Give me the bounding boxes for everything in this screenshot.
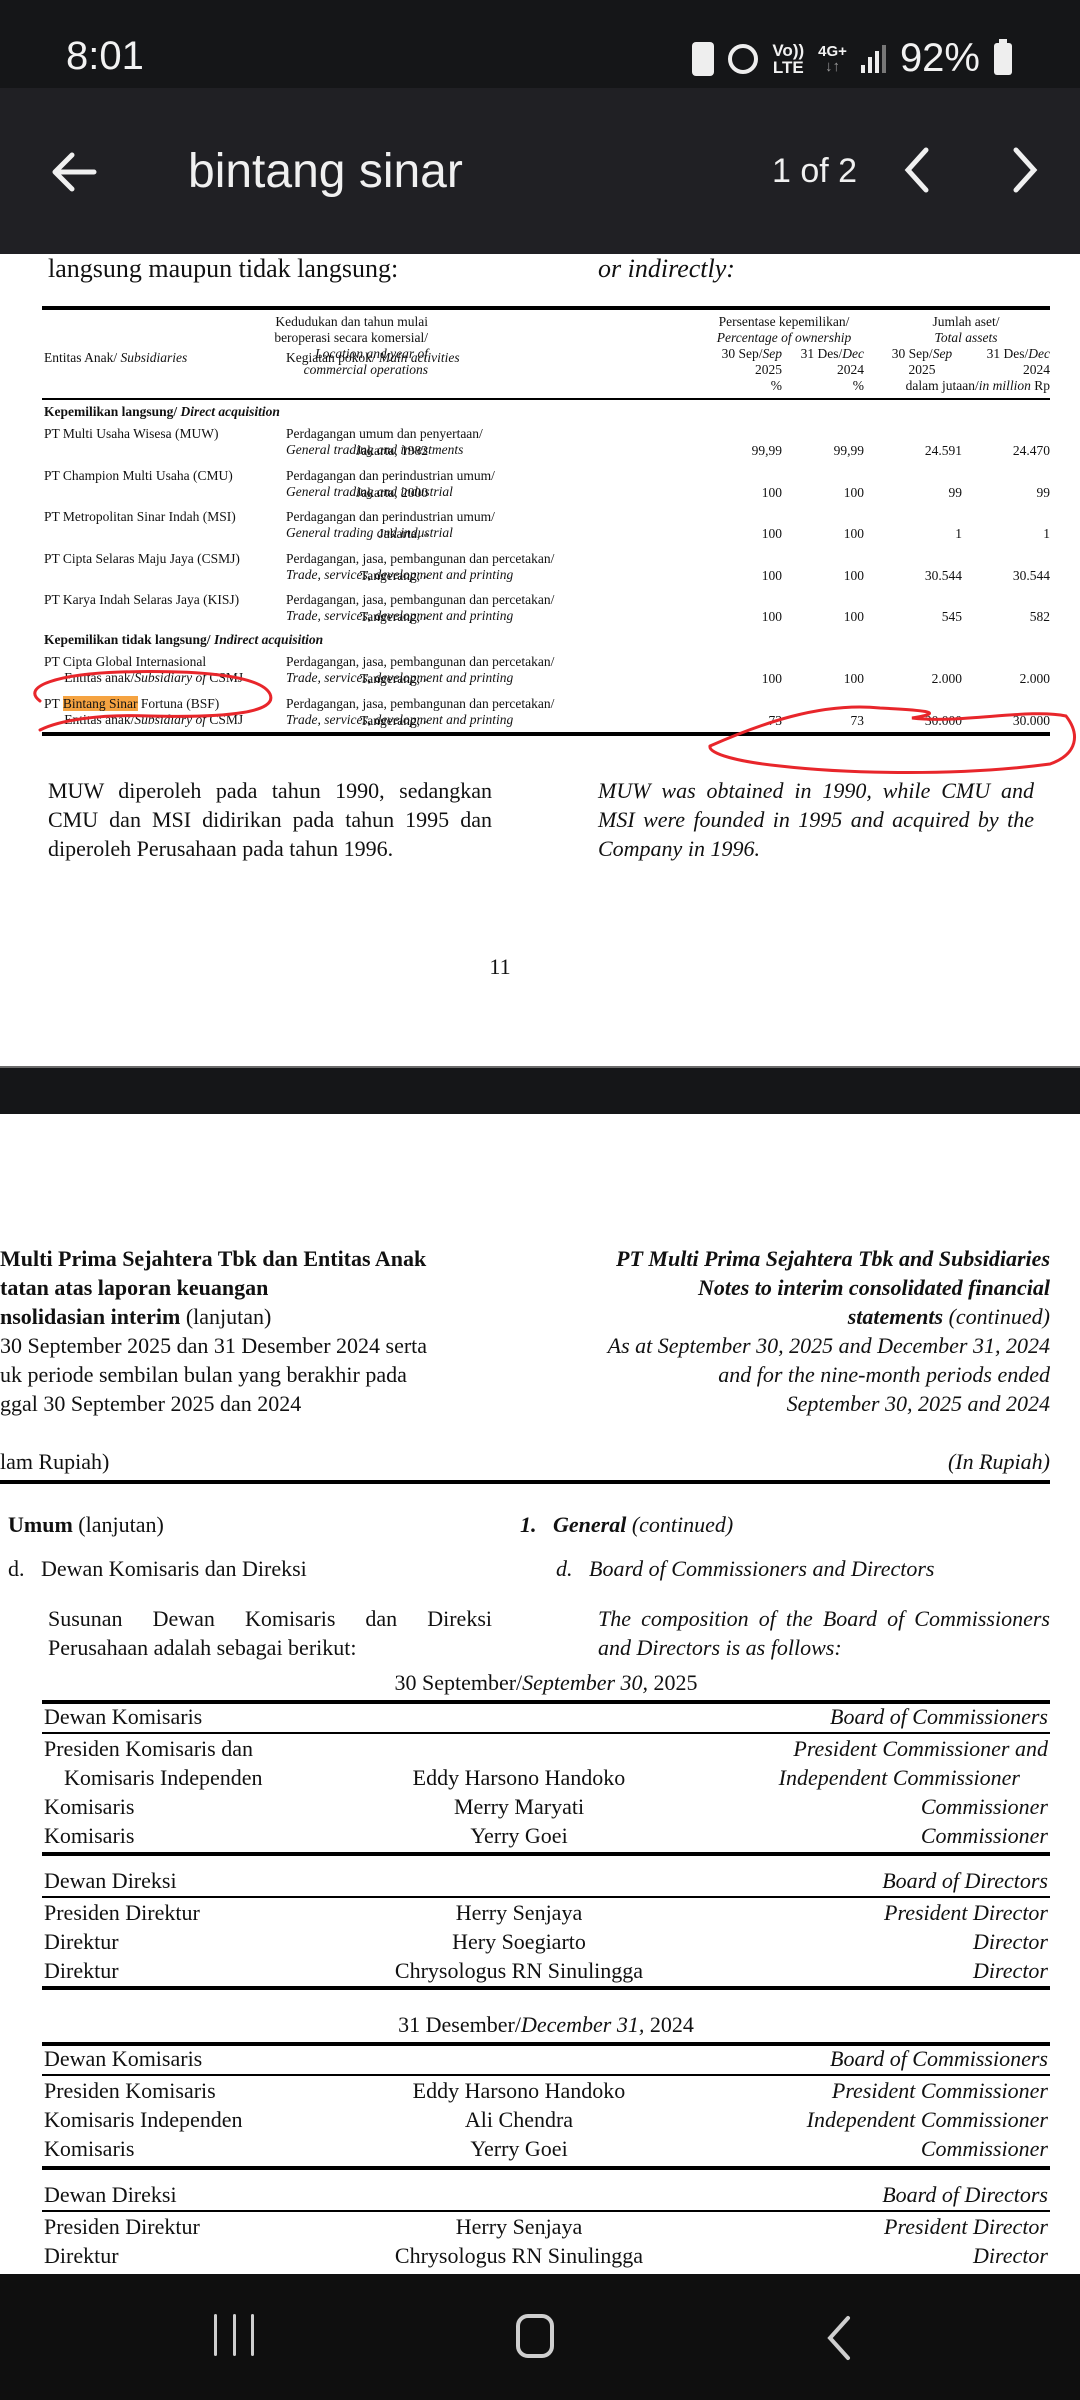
role-en: President Director — [884, 2212, 1048, 2241]
hdr-l-1: Multi Prima Sejahtera Tbk dan Entitas An… — [0, 1246, 426, 1271]
row-entity: PT Multi Usaha Wisesa (MUW) — [44, 426, 218, 442]
hdr-r-4: As at September 30, 2025 and December 31… — [608, 1331, 1050, 1360]
h-pct: % — [702, 378, 782, 394]
row-assets-2024: 582 — [970, 609, 1050, 625]
row-assets-2025: 30.544 — [882, 568, 962, 584]
row-location: Jakarta, 1982 — [356, 443, 428, 459]
volte-bottom: LTE — [773, 58, 804, 77]
subsec-r-text: Board of Commissioners and Directors — [589, 1556, 935, 1581]
table-row: PT Metropolitan Sinar Indah (MSI) Perdag… — [42, 509, 1050, 543]
board-date: 31 Desember/December 31, 2024 — [42, 2010, 1050, 2039]
role-id: Komisaris Independen — [44, 2105, 243, 2134]
person-name: Chrysologus RN Sinulingga — [354, 2241, 684, 2270]
h-sep-en-2: Sep — [933, 346, 953, 361]
role-id: Direktur — [44, 1927, 119, 1956]
status-bar: 8:01 Vo))LTE 4G+↓↑ 92% — [0, 0, 1080, 88]
role-en: Commissioner — [921, 1821, 1048, 1850]
subsec-l-letter: d. — [8, 1556, 25, 1581]
hdr-l-2: tatan atas laporan keuangan — [0, 1275, 268, 1300]
system-navigation-bar — [0, 2274, 1080, 2400]
row-location: Tangerang, - — [360, 671, 428, 687]
row-location: Tangerang, - — [360, 609, 428, 625]
group-direct-id: Kepemilikan langsung/ — [44, 404, 181, 419]
group-id: Dewan Direksi — [44, 1866, 177, 1895]
row-entity: PT Cipta Selaras Maju Jaya (CSMJ) — [44, 551, 240, 567]
row-own-2024: 73 — [784, 713, 864, 729]
role-en: Independent Commissioner — [807, 2105, 1048, 2134]
person-name: Eddy Harsono Handoko — [354, 1763, 684, 1792]
board-row: KomisarisMerry MaryatiCommissioner — [44, 1792, 1048, 1821]
role-en: Director — [973, 2241, 1048, 2270]
role-id: Direktur — [44, 2241, 119, 2270]
intro-text-left: langsung maupun tidak langsung: — [48, 254, 398, 284]
role-en: Commissioner — [921, 2134, 1048, 2163]
page-header-right: PT Multi Prima Sejahtera Tbk and Subsidi… — [608, 1244, 1050, 1476]
hdr-r-2: Notes to interim consolidated financial — [698, 1275, 1050, 1300]
row-assets-2024: 30.000 — [970, 713, 1050, 729]
find-in-page-bar: bintang sinar 1 of 2 — [0, 88, 1080, 254]
sec-l-rest: (lanjutan) — [73, 1512, 164, 1537]
role-id: Direktur — [44, 1956, 119, 1985]
role-id: Komisaris Independen — [64, 1763, 263, 1792]
h-dec-id: 31 Des/ — [801, 346, 843, 361]
table-row: PT Cipta Selaras Maju Jaya (CSMJ) Perdag… — [42, 551, 1050, 585]
role-en: Director — [973, 1927, 1048, 1956]
board-row: DirekturHery SoegiartoDirector — [44, 1927, 1048, 1956]
group-id: Dewan Komisaris — [44, 2044, 202, 2073]
row-own-2024: 100 — [784, 526, 864, 542]
row-sub-id: Entitas anak/ — [64, 712, 134, 727]
back-icon[interactable] — [818, 2314, 858, 2362]
sec-r-num: 1. — [520, 1512, 537, 1537]
arrow-left-icon[interactable] — [44, 142, 104, 202]
section-title-id: Umum (lanjutan) — [8, 1512, 164, 1538]
row-sub-code: CSMJ — [206, 670, 243, 685]
network-arrows: ↓↑ — [825, 58, 840, 75]
header-bottom-rule — [42, 398, 1050, 400]
row-location: Jakarta, 2000 — [356, 485, 428, 501]
group-direct-title: Kepemilikan langsung/ Direct acquisition — [44, 404, 280, 420]
board-row: Presiden DirekturHerry SenjayaPresident … — [44, 2212, 1048, 2241]
header-rule — [0, 1480, 1050, 1484]
row-assets-2025: 24.591 — [882, 443, 962, 459]
table-row: PT Champion Multi Usaha (CMU) Perdaganga… — [42, 468, 1050, 502]
row-entity: PT Karya Indah Selaras Jaya (KISJ) — [44, 592, 239, 608]
person-name: Herry Senjaya — [354, 2212, 684, 2241]
hdr-l-4: 30 September 2025 dan 31 Desember 2024 s… — [0, 1331, 427, 1360]
row-assets-2024: 30.544 — [970, 568, 1050, 584]
date-en: December 31, — [521, 2012, 644, 2037]
role-id: Komisaris — [44, 2134, 134, 2163]
hdr-l-6: ggal 30 September 2025 dan 2024 — [0, 1389, 427, 1418]
h-year-2024: 2024 — [784, 362, 864, 378]
row-assets-2024: 2.000 — [970, 671, 1050, 687]
subsec-r-letter: d. — [556, 1556, 573, 1581]
table-row: PT Karya Indah Selaras Jaya (KISJ) Perda… — [42, 592, 1050, 626]
volte-icon: Vo))LTE — [772, 42, 804, 76]
status-time: 8:01 — [66, 34, 144, 79]
table-top-rule — [42, 306, 1050, 310]
h-year-2025: 2025 — [702, 362, 782, 378]
search-match-highlight: Bintang Sinar — [63, 696, 138, 711]
battery-saver-icon — [692, 42, 714, 76]
role-en: President Commissioner and — [793, 1734, 1048, 1763]
h-year-2025-2: 2025 — [882, 362, 962, 378]
role-id: Presiden Direktur — [44, 2212, 200, 2241]
header-assets: Jumlah aset/ Total assets — [882, 314, 1050, 346]
date-year: 2024 — [644, 2012, 694, 2037]
header-ownership-l2: Percentage of ownership — [704, 330, 864, 346]
table-bottom-rule — [42, 732, 1050, 736]
board-row: Presiden KomisarisEddy Harsono HandokoPr… — [44, 2076, 1048, 2105]
h-sep-id-2: 30 Sep/ — [892, 346, 933, 361]
row-assets-2024: 1 — [970, 526, 1050, 542]
row-entity: PT Cipta Global Internasional Entitas an… — [44, 654, 243, 686]
row-own-2025: 100 — [702, 526, 782, 542]
row-own-2025: 100 — [702, 485, 782, 501]
paragraph-acquisition-id: MUW diperoleh pada tahun 1990, sedangkan… — [48, 776, 492, 863]
header-assets-2024: 31 Des/Dec 2024 — [970, 346, 1050, 378]
role-en: President Director — [884, 1898, 1048, 1927]
board-table-2025: 30 September/September 30, 2025 Dewan Ko… — [42, 1668, 1050, 1968]
row-own-2025: 99,99 — [702, 443, 782, 459]
h-pct-2: % — [784, 378, 864, 394]
group-id: Dewan Komisaris — [44, 1702, 202, 1731]
network-4g-plus-icon: 4G+↓↑ — [818, 44, 847, 74]
intro-text-right: or indirectly: — [598, 254, 735, 284]
board-row: KomisarisYerry GoeiCommissioner — [44, 1821, 1048, 1850]
board-directors-header: Dewan DireksiBoard of Directors — [44, 1866, 1048, 1895]
page-header-left: Multi Prima Sejahtera Tbk dan Entitas An… — [0, 1244, 427, 1476]
sec-r-rest: (continued) — [626, 1512, 733, 1537]
row-entity-prefix: PT — [44, 696, 63, 711]
row-activity-id: Perdagangan umum dan penyertaan/ — [286, 426, 483, 441]
group-en: Board of Commissioners — [830, 2044, 1048, 2073]
h-unit-id: dalam jutaan/ — [906, 378, 979, 393]
row-entity: PT Champion Multi Usaha (CMU) — [44, 468, 233, 484]
recents-icon[interactable] — [214, 2314, 254, 2362]
person-name: Eddy Harsono Handoko — [354, 2076, 684, 2105]
header-assets-2025: 30 Sep/Sep 2025 — [882, 346, 962, 378]
role-en: President Commissioner — [832, 2076, 1048, 2105]
sec-l-bold: Umum — [8, 1512, 73, 1537]
table-row-highlighted: PT Bintang Sinar Fortuna (BSF) Entitas a… — [42, 696, 1050, 730]
row-activity-id: Perdagangan dan perindustrian umum/ — [286, 468, 495, 483]
group-indirect-id: Kepemilikan tidak langsung/ — [44, 632, 214, 647]
pdf-document-view[interactable]: langsung maupun tidak langsung: or indir… — [0, 254, 1080, 2274]
board-date: 30 September/September 30, 2025 — [42, 1668, 1050, 1697]
hdr-l-5: uk periode sembilan bulan yang berakhir … — [0, 1360, 427, 1389]
header-entity-id: Entitas Anak/ — [44, 350, 121, 365]
row-entity: PT Metropolitan Sinar Indah (MSI) — [44, 509, 236, 525]
header-location-l4: commercial operations — [274, 362, 428, 378]
h-dec-en: Dec — [842, 346, 864, 361]
role-id: Presiden Komisaris dan — [44, 1734, 253, 1763]
rule — [42, 1986, 1050, 1990]
row-entity-name: PT Cipta Global Internasional — [44, 654, 206, 669]
subsection-title-en: d. Board of Commissioners and Directors — [556, 1556, 935, 1582]
board-row: DirekturChrysologus RN SinulinggaDirecto… — [44, 2241, 1048, 2270]
row-sub-en: Subsidiary of — [134, 670, 206, 685]
match-count: 1 of 2 — [772, 152, 857, 191]
role-en: Director — [973, 1956, 1048, 1985]
role-id: Komisaris — [44, 1821, 134, 1850]
row-assets-2025: 545 — [882, 609, 962, 625]
row-activity-id: Perdagangan dan perindustrian umum/ — [286, 509, 495, 524]
composition-text-en: The composition of the Board of Commissi… — [598, 1604, 1050, 1662]
battery-percent: 92% — [900, 36, 980, 81]
row-own-2024: 100 — [784, 609, 864, 625]
row-location: Tangerang, - — [360, 713, 428, 729]
section-title-en: 1. General (continued) — [520, 1512, 733, 1538]
group-en: Board of Commissioners — [830, 1702, 1048, 1731]
subsec-l-text: Dewan Komisaris dan Direksi — [41, 1556, 307, 1581]
row-own-2025: 73 — [702, 713, 782, 729]
header-location-l2: beroperasi secara komersial/ — [274, 330, 428, 346]
group-indirect-en: Indirect acquisition — [214, 632, 323, 647]
row-assets-2025: 2.000 — [882, 671, 962, 687]
rule — [42, 1852, 1050, 1856]
date-en: September 30, — [522, 1670, 648, 1695]
hdr-r-unit: (In Rupiah) — [608, 1447, 1050, 1476]
board-row: Komisaris IndependenAli ChendraIndepende… — [44, 2105, 1048, 2134]
h-sep-en: Sep — [763, 346, 783, 361]
hdr-l-unit: lam Rupiah) — [0, 1447, 427, 1476]
person-name: Yerry Goei — [354, 1821, 684, 1850]
board-table-2024: 31 Desember/December 31, 2024 Dewan Komi… — [42, 2010, 1050, 2274]
row-assets-2025: 1 — [882, 526, 962, 542]
header-own-2024: 31 Des/Dec 2024 % — [784, 346, 864, 394]
hdr-r-3b: statements — [848, 1304, 943, 1329]
header-assets-l1: Jumlah aset/ — [882, 314, 1050, 330]
row-entity: PT Bintang Sinar Fortuna (BSF) Entitas a… — [44, 696, 243, 728]
board-row: DirekturChrysologus RN SinulinggaDirecto… — [44, 1956, 1048, 1985]
row-activity-id: Perdagangan, jasa, pembangunan dan perce… — [286, 654, 554, 669]
hdr-l-3n: (lanjutan) — [180, 1304, 271, 1329]
h-sep-id: 30 Sep/ — [722, 346, 763, 361]
row-assets-2025: 99 — [882, 485, 962, 501]
board-row: Presiden Komisaris danPresident Commissi… — [44, 1734, 1048, 1763]
board-row: KomisarisYerry GoeiCommissioner — [44, 2134, 1048, 2163]
header-assets-unit: dalam jutaan/in million Rp — [882, 378, 1050, 394]
row-entity-suffix: Fortuna (BSF) — [138, 696, 220, 711]
paragraph-acquisition-en: MUW was obtained in 1990, while CMU and … — [598, 776, 1034, 863]
role-en: Independent Commissioner — [779, 1763, 1020, 1792]
group-direct-en: Direct acquisition — [181, 404, 280, 419]
chevron-left-icon[interactable] — [888, 138, 948, 202]
header-location: Kedudukan dan tahun mulai beroperasi sec… — [274, 314, 428, 378]
role-id: Presiden Komisaris — [44, 2076, 216, 2105]
group-indirect-title: Kepemilikan tidak langsung/ Indirect acq… — [44, 632, 323, 648]
sec-r-bold: General — [553, 1512, 626, 1537]
row-own-2025: 100 — [702, 671, 782, 687]
row-own-2024: 99,99 — [784, 443, 864, 459]
row-sub-id: Entitas anak/ — [64, 670, 134, 685]
group-en: Board of Directors — [882, 2180, 1048, 2209]
group-id: Dewan Direksi — [44, 2180, 177, 2209]
row-own-2024: 100 — [784, 485, 864, 501]
row-sub-en: Subsidiary of — [134, 712, 206, 727]
page-number: 11 — [0, 954, 1000, 980]
row-activity-id: Perdagangan, jasa, pembangunan dan perce… — [286, 696, 554, 711]
header-own-2025: 30 Sep/Sep 2025 % — [702, 346, 782, 394]
header-ownership-l1: Persentase kepemilikan/ — [704, 314, 864, 330]
subsection-title-id: d. Dewan Komisaris dan Direksi — [8, 1556, 307, 1582]
role-en: Commissioner — [921, 1792, 1048, 1821]
row-assets-2025: 30.000 — [882, 713, 962, 729]
row-location: Tangerang, - — [360, 568, 428, 584]
row-own-2025: 100 — [702, 609, 782, 625]
h-dec-id-2: 31 Des/ — [987, 346, 1029, 361]
date-id: 31 Desember/ — [398, 2012, 521, 2037]
row-activity-id: Perdagangan, jasa, pembangunan dan perce… — [286, 551, 554, 566]
person-name: Chrysologus RN Sinulingga — [354, 1956, 684, 1985]
row-own-2024: 100 — [784, 568, 864, 584]
date-id: 30 September/ — [394, 1670, 522, 1695]
chevron-right-icon[interactable] — [994, 138, 1054, 202]
home-icon[interactable] — [516, 2314, 554, 2358]
h-unit-cur: Rp — [1031, 378, 1050, 393]
board-directors-header: Dewan DireksiBoard of Directors — [44, 2180, 1048, 2209]
hdr-r-5: and for the nine-month periods ended — [608, 1360, 1050, 1389]
rule — [42, 2166, 1050, 2170]
person-name: Yerry Goei — [354, 2134, 684, 2163]
person-name: Hery Soegiarto — [354, 1927, 684, 1956]
header-location-l3: Location and year of — [274, 346, 428, 362]
composition-text-id: Susunan Dewan Komisaris dan Direksi Peru… — [48, 1604, 492, 1662]
group-en: Board of Directors — [882, 1866, 1048, 1895]
person-name: Ali Chendra — [354, 2105, 684, 2134]
board-commissioners-header: Dewan KomisarisBoard of Commissioners — [44, 2044, 1048, 2073]
table-row: PT Cipta Global Internasional Entitas an… — [42, 654, 1050, 688]
h-dec-en-2: Dec — [1028, 346, 1050, 361]
board-row: Komisaris IndependenEddy Harsono Handoko… — [44, 1763, 1048, 1792]
hdr-r-3n: (continued) — [943, 1304, 1050, 1329]
hdr-l-3b: nsolidasian interim — [0, 1304, 180, 1329]
row-activity-id: Perdagangan, jasa, pembangunan dan perce… — [286, 592, 554, 607]
row-assets-2024: 99 — [970, 485, 1050, 501]
row-own-2025: 100 — [702, 568, 782, 584]
table-row: PT Multi Usaha Wisesa (MUW) Perdagangan … — [42, 426, 1050, 460]
header-assets-l2: Total assets — [882, 330, 1050, 346]
hdr-r-6: September 30, 2025 and 2024 — [608, 1389, 1050, 1418]
row-location: Jakarta, - — [379, 526, 428, 542]
header-ownership: Persentase kepemilikan/ Percentage of ow… — [704, 314, 864, 346]
battery-icon — [994, 43, 1012, 75]
header-location-l1: Kedudukan dan tahun mulai — [274, 314, 428, 330]
alarm-icon — [728, 44, 758, 74]
board-row: Presiden DirekturHerry SenjayaPresident … — [44, 1898, 1048, 1927]
hdr-r-1: PT Multi Prima Sejahtera Tbk and Subsidi… — [616, 1246, 1050, 1271]
person-name: Merry Maryati — [354, 1792, 684, 1821]
person-name: Herry Senjaya — [354, 1898, 684, 1927]
row-own-2024: 100 — [784, 671, 864, 687]
search-query-input[interactable]: bintang sinar — [188, 144, 463, 199]
role-id: Komisaris — [44, 1792, 134, 1821]
header-entity-en: Subsidiaries — [121, 350, 188, 365]
page-separator — [0, 1066, 1080, 1114]
role-id: Presiden Direktur — [44, 1898, 200, 1927]
status-icons: Vo))LTE 4G+↓↑ 92% — [692, 36, 1012, 81]
board-commissioners-header: Dewan KomisarisBoard of Commissioners — [44, 1702, 1048, 1731]
date-year: 2025 — [648, 1670, 698, 1695]
header-entity: Entitas Anak/ Subsidiaries — [44, 350, 187, 366]
h-unit-en: in million — [979, 378, 1031, 393]
row-assets-2024: 24.470 — [970, 443, 1050, 459]
h-year-2024-2: 2024 — [970, 362, 1050, 378]
row-sub-code: CSMJ — [206, 712, 243, 727]
signal-icon — [861, 45, 886, 73]
